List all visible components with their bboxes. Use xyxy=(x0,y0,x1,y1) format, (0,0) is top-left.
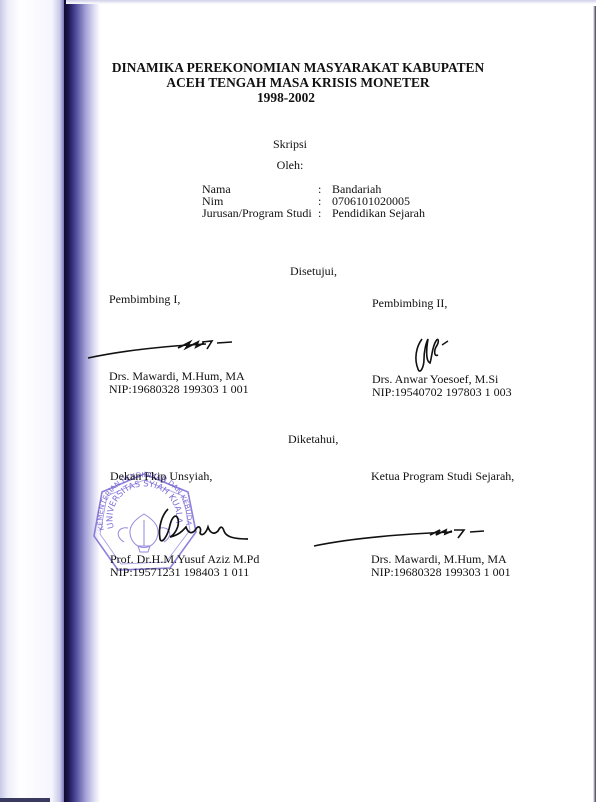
program-head-role: Ketua Program Studi Sejarah, xyxy=(371,470,514,483)
title-line-1: DINAMIKA PEREKONOMIAN MASYARAKAT KABUPAT… xyxy=(0,60,596,76)
signature-supervisor1 xyxy=(86,336,251,362)
signature-supervisor2 xyxy=(412,333,452,377)
document-type: Skripsi xyxy=(0,138,588,151)
scanner-bed-corner xyxy=(0,798,50,802)
supervisor2-role: Pembimbing II, xyxy=(372,297,447,310)
binding-shadow xyxy=(64,0,100,802)
program-head-nip: NIP:19680328 199303 1 001 xyxy=(371,566,511,579)
acknowledged-label: Diketahui, xyxy=(288,433,338,446)
identity-sep: : xyxy=(318,207,321,220)
supervisor1-role: Pembimbing I, xyxy=(109,293,180,306)
signature-program-head xyxy=(312,524,498,550)
identity-value: Pendidikan Sejarah xyxy=(332,207,425,220)
title-line-2: ACEH TENGAH MASA KRISIS MONETER xyxy=(0,75,596,91)
signature-dean xyxy=(140,505,250,545)
author-label: Oleh: xyxy=(0,159,588,172)
dean-role: Dekan Fkip Unsyiah, xyxy=(110,470,212,483)
identity-label: Jurusan/Program Studi xyxy=(202,207,312,220)
dean-nip: NIP:19571231 198403 1 011 xyxy=(110,566,249,579)
supervisor1-nip: NIP:19680328 199303 1 001 xyxy=(109,383,249,396)
supervisor2-nip: NIP:19540702 197803 1 003 xyxy=(372,386,512,399)
scanner-margin xyxy=(0,0,66,802)
approved-label: Disetujui, xyxy=(290,265,337,278)
title-line-3: 1998-2002 xyxy=(0,90,584,106)
page-top-edge xyxy=(66,0,596,4)
